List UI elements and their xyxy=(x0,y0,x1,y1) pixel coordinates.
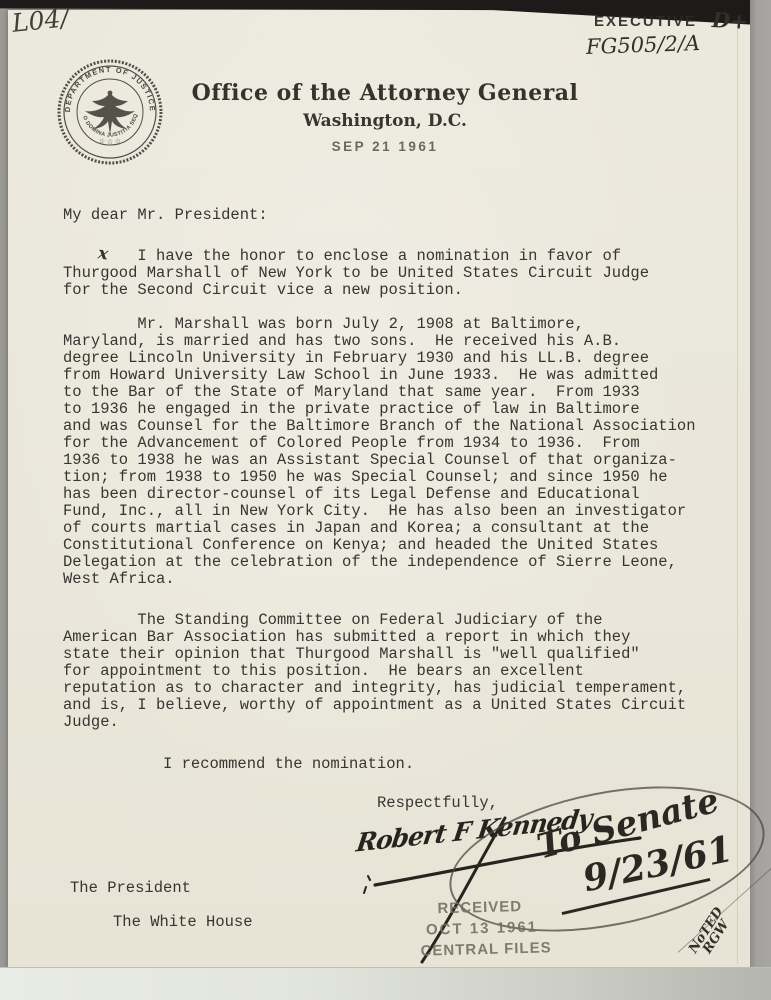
recipient-name: The President xyxy=(70,880,191,897)
handwritten-filing-code: L04/ xyxy=(11,3,71,38)
letterhead-city: Washington, D.C. xyxy=(160,111,610,131)
handwritten-file-code: FG505/2/A xyxy=(586,31,701,59)
received-stamp-line3: CENTRAL FILES xyxy=(420,937,552,961)
letterhead-office-title: Office of the Attorney General xyxy=(160,80,610,106)
underlying-sheet xyxy=(0,967,771,1000)
doj-seal-icon: DEPARTMENT OF JUSTICE QUI PRO DOMINA JUS… xyxy=(56,58,164,166)
paragraph-1: I have the honor to enclose a nomination… xyxy=(63,248,739,299)
executive-stamp: EXECUTIVE xyxy=(594,13,697,30)
handwritten-executive-code: D+ xyxy=(711,7,748,34)
scanned-letter-photo: L04/ EXECUTIVE D+ FG505/2/A DEPARTMENT O… xyxy=(0,0,771,1000)
paragraph-2: Mr. Marshall was born July 2, 1908 at Ba… xyxy=(63,316,739,588)
salutation: My dear Mr. President: xyxy=(63,207,268,224)
received-stamp-line1: RECEIVED xyxy=(437,895,551,919)
paragraph-3: The Standing Committee on Federal Judici… xyxy=(63,612,739,731)
recipient-address: The White House xyxy=(113,914,253,931)
recommendation-line: I recommend the nomination. xyxy=(163,756,414,773)
date-received-stamp: SEP 21 1961 xyxy=(160,139,610,154)
received-stamp: RECEIVED OCT 13 1961 CENTRAL FILES xyxy=(419,895,552,961)
